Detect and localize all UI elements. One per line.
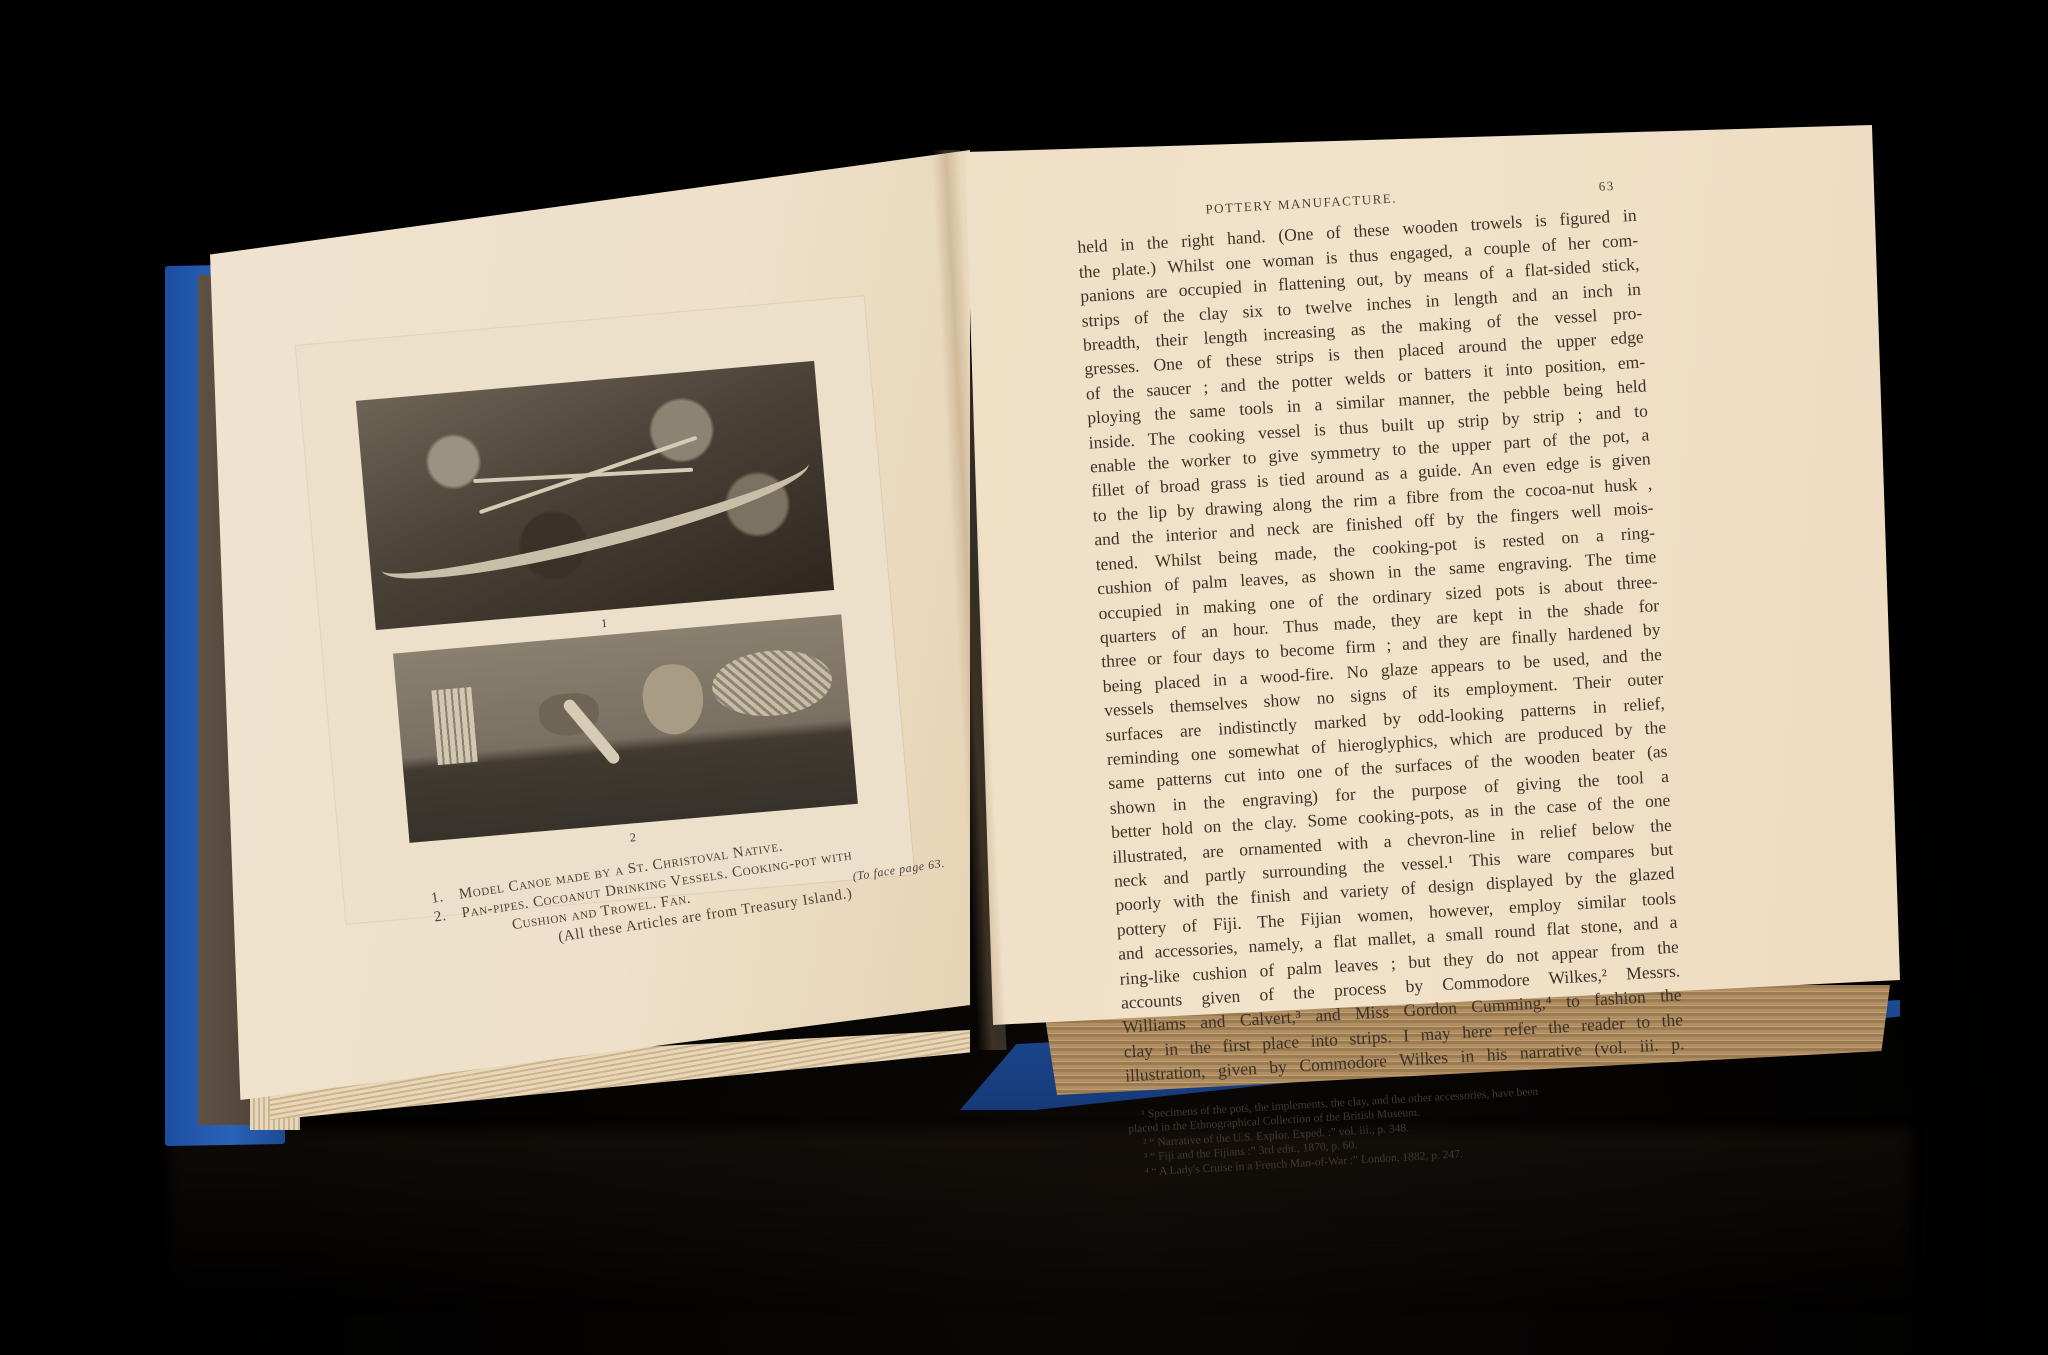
pan-pipes <box>431 687 477 765</box>
photo-plate: 1 2 <box>296 296 914 923</box>
drinking-vessel <box>640 662 706 737</box>
model-canoe <box>380 458 816 601</box>
artifacts-photograph <box>393 614 858 842</box>
right-page-text: POTTERY MANUFACTURE. 63 held in the righ… <box>1075 173 1690 1181</box>
page-number: 63 <box>1598 174 1615 199</box>
photo-label-1: 1 <box>601 616 608 631</box>
woven-fan <box>709 646 834 721</box>
photo-label-2: 2 <box>629 830 636 845</box>
canoe-photograph <box>356 361 834 630</box>
table-reflection <box>170 1130 1910 1310</box>
paddle <box>473 468 693 484</box>
